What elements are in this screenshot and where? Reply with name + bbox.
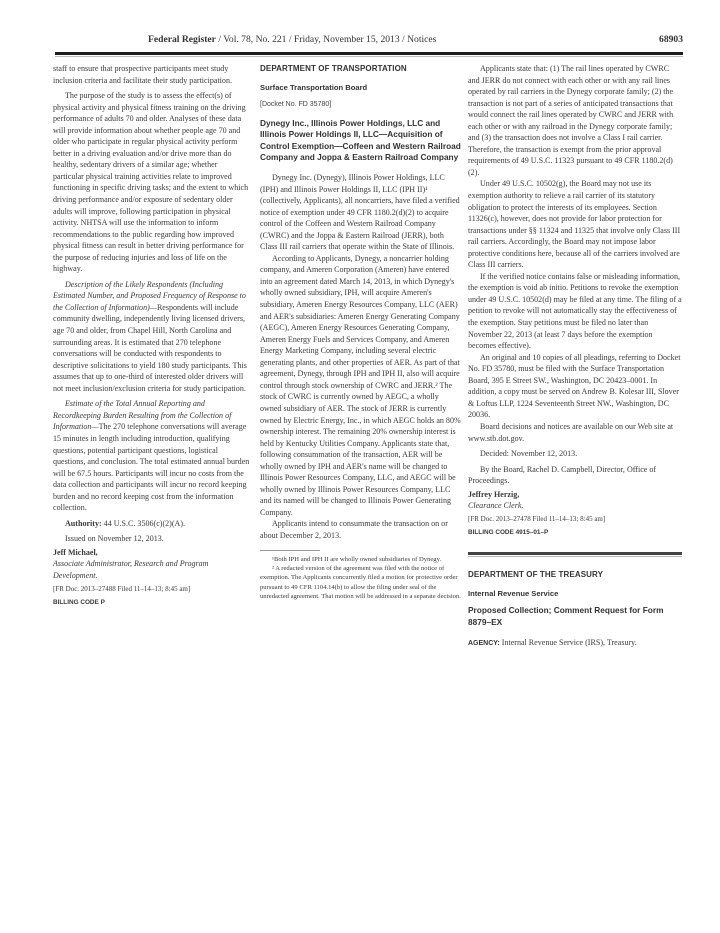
page-header: Federal Register / Vol. 78, No. 221 / Fr… (55, 34, 683, 48)
signer-name: Jeff Michael, (53, 547, 250, 559)
signer-name: Jeffrey Herzig, (468, 489, 682, 501)
document-title: Dynegy Inc., Illinois Power Holdings, LL… (260, 118, 462, 164)
column-2: DEPARTMENT OF TRANSPORTATION Surface Tra… (260, 63, 462, 602)
issue-info: / Vol. 78, No. 221 / Friday, November 15… (216, 34, 436, 45)
column-3: Applicants state that: (1) The rail line… (468, 63, 682, 649)
paragraph: Applicants state that: (1) The rail line… (468, 63, 682, 178)
agency-label: AGENCY: (468, 640, 500, 647)
footnote: ² A redacted version of the agreement wa… (260, 564, 462, 602)
fr-doc-line: [FR Doc. 2013–27488 Filed 11–14–13; 8:45… (53, 584, 250, 594)
by-board: By the Board, Rachel D. Campbell, Direct… (468, 464, 682, 487)
decided-date: Decided: November 12, 2013. (468, 448, 682, 460)
column-1: staff to ensure that prospective partici… (53, 63, 250, 608)
publication-name: Federal Register (148, 34, 216, 45)
signer-title: Associate Administrator, Research and Pr… (53, 558, 250, 581)
paragraph: An original and 10 copies of all pleadin… (468, 352, 682, 421)
signer-title: Clearance Clerk. (468, 500, 682, 512)
document-page: Federal Register / Vol. 78, No. 221 / Fr… (0, 0, 720, 933)
paragraph: If the verified notice contains false or… (468, 271, 682, 352)
billing-code: BILLING CODE 4915–01–P (468, 527, 682, 539)
header-rule-thin (55, 56, 683, 57)
billing-code: BILLING CODE P (53, 597, 250, 609)
document-title: Proposed Collection; Comment Request for… (468, 605, 682, 628)
running-head: Federal Register / Vol. 78, No. 221 / Fr… (148, 34, 436, 45)
agency-heading: DEPARTMENT OF TRANSPORTATION (260, 63, 462, 75)
paragraph: Under 49 U.S.C. 10502(g), the Board may … (468, 178, 682, 270)
header-rule (55, 52, 683, 55)
footnote-rule (260, 550, 320, 551)
paragraph: Dynegy Inc. (Dynegy), Illinois Power Hol… (260, 172, 462, 253)
authority-label: Authority: (65, 519, 102, 528)
paragraph: Description of the Likely Respondents (I… (53, 279, 250, 394)
agency-line: AGENCY: Internal Revenue Service (IRS), … (468, 637, 682, 650)
issued-date: Issued on November 12, 2013. (53, 533, 250, 545)
paragraph: Applicants intend to consummate the tran… (260, 518, 462, 541)
paragraph: According to Applicants, Dynegy, a nonca… (260, 253, 462, 519)
agency-heading: DEPARTMENT OF THE TREASURY (468, 569, 682, 581)
footnote: ¹Both IPH and IPH II are wholly owned su… (260, 555, 462, 564)
section-rule-thin (468, 556, 682, 557)
subagency-heading: Surface Transportation Board (260, 82, 462, 94)
paragraph: Board decisions and notices are availabl… (468, 421, 682, 444)
paragraph: Estimate of the Total Annual Reporting a… (53, 398, 250, 513)
paragraph: The purpose of the study is to assess th… (53, 90, 250, 275)
page-number: 68903 (659, 34, 683, 45)
subagency-heading: Internal Revenue Service (468, 588, 682, 600)
docket-number: [Docket No. FD 35780] (260, 99, 462, 111)
authority-line: Authority: 44 U.S.C. 3506(c)(2)(A). (53, 518, 250, 530)
section-rule (468, 552, 682, 555)
fr-doc-line: [FR Doc. 2013–27478 Filed 11–14–13; 8:45… (468, 514, 682, 524)
paragraph: staff to ensure that prospective partici… (53, 63, 250, 86)
